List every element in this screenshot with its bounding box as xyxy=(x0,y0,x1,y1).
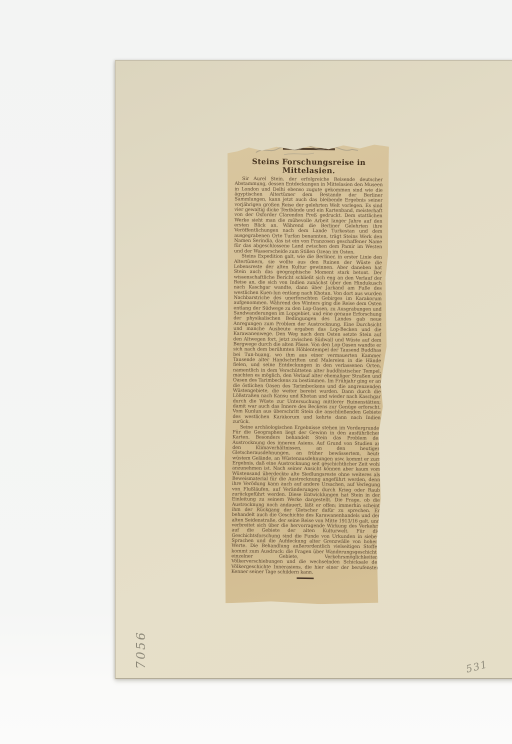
pencil-annotation-scribble xyxy=(254,144,360,158)
inventory-number-left: 7056 xyxy=(134,630,148,669)
article-paragraph: Steins Expedition galt, wie die Berliner… xyxy=(233,254,382,426)
backing-sheet: Steins Forschungsreise in Mittelasien. S… xyxy=(115,60,512,679)
article-paragraph: Sir Aurel Stein, der erfolgreiche Reisen… xyxy=(234,176,383,255)
end-rule xyxy=(297,578,314,580)
inventory-number-right: 531 xyxy=(465,659,489,675)
article-paragraph: Seine archäologischen Ergebnisse stehen … xyxy=(231,425,380,576)
article-title: Steins Forschungsreise in Mittelasien. xyxy=(235,157,383,175)
newspaper-clipping: Steins Forschungsreise in Mittelasien. S… xyxy=(222,142,389,604)
article-body: Steins Forschungsreise in Mittelasien. S… xyxy=(231,157,383,600)
